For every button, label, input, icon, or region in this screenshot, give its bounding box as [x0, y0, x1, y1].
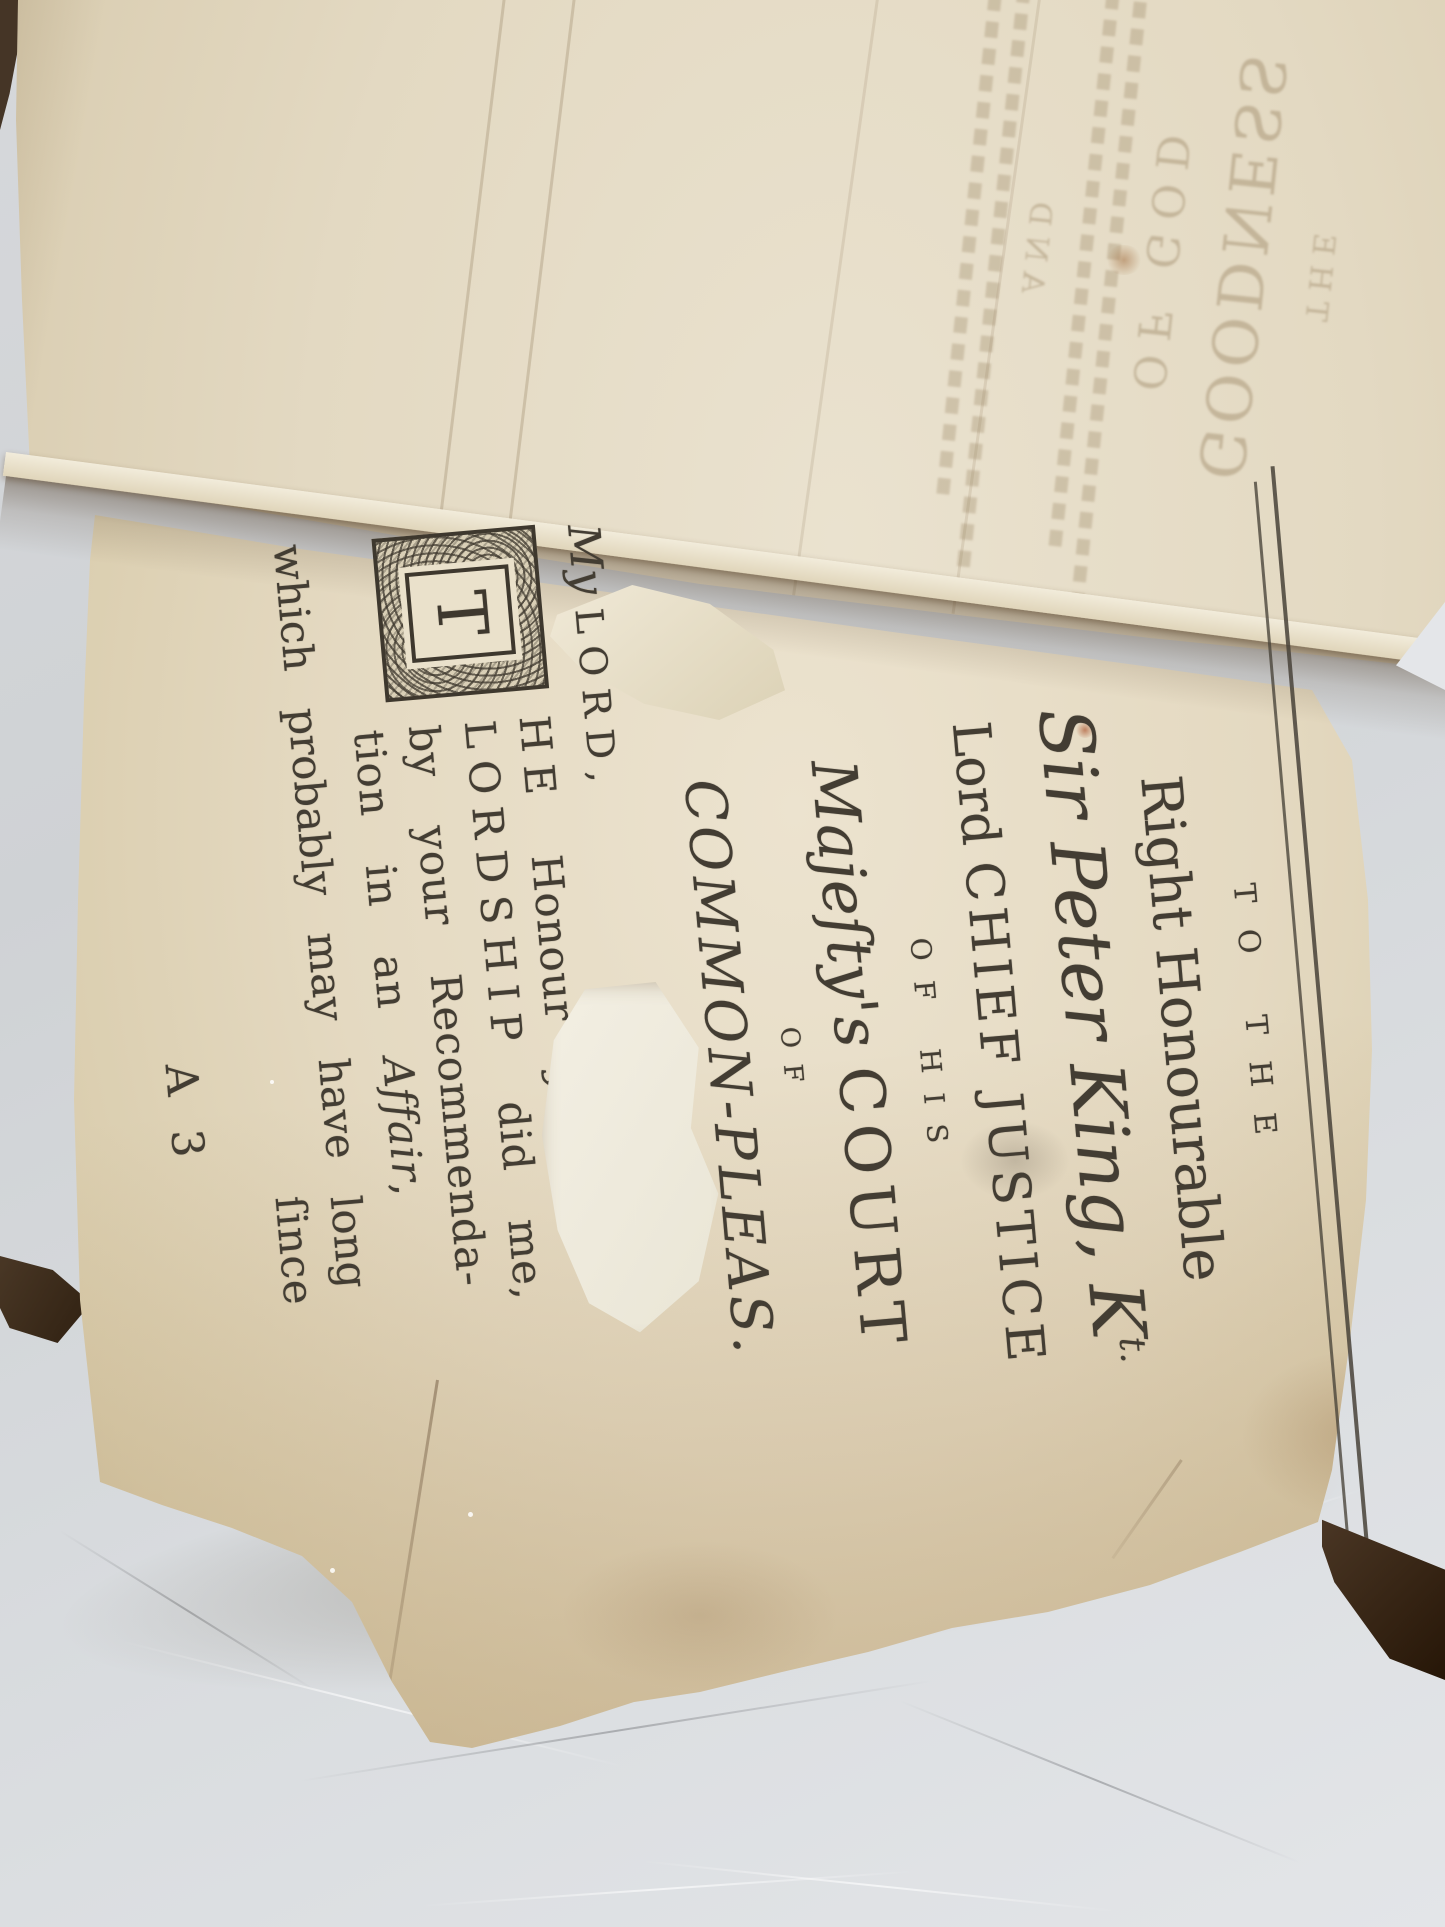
dedication-text-block: TO THE Right Honourable Sir Peter King, …: [39, 458, 1372, 1682]
name-kt-superscript: t.: [1111, 1335, 1154, 1364]
paper-speck: [468, 1512, 473, 1517]
affair-italic: Affair: [372, 1055, 432, 1184]
table-scratch: [900, 1700, 1299, 1863]
paper-speck: [330, 1568, 335, 1573]
showthrough-border-rule: [503, 0, 578, 566]
showthrough-border-rule: [434, 0, 508, 556]
majestys-text: Majeſty's: [797, 757, 895, 1050]
court-caps: COURT: [823, 1064, 921, 1357]
paper-speck: [270, 1080, 274, 1084]
honour-text: Honour: [522, 853, 585, 1024]
ornamental-dropcap-block: T: [371, 525, 549, 703]
lord-caps: LORD,: [566, 606, 626, 795]
table-scratch: [420, 1870, 919, 1907]
he-caps: HE: [510, 713, 567, 808]
book-photograph: THE GOODNESS OF GOD AND TO THE Right Hon…: [0, 0, 1445, 1927]
rust-spot: [1105, 245, 1143, 275]
dropcap-letter: T: [405, 564, 516, 663]
comma-text: ,: [383, 1180, 433, 1199]
name-k: K: [1071, 1279, 1161, 1342]
my-text: My: [557, 522, 614, 596]
lord-text: Lord: [940, 719, 1011, 848]
